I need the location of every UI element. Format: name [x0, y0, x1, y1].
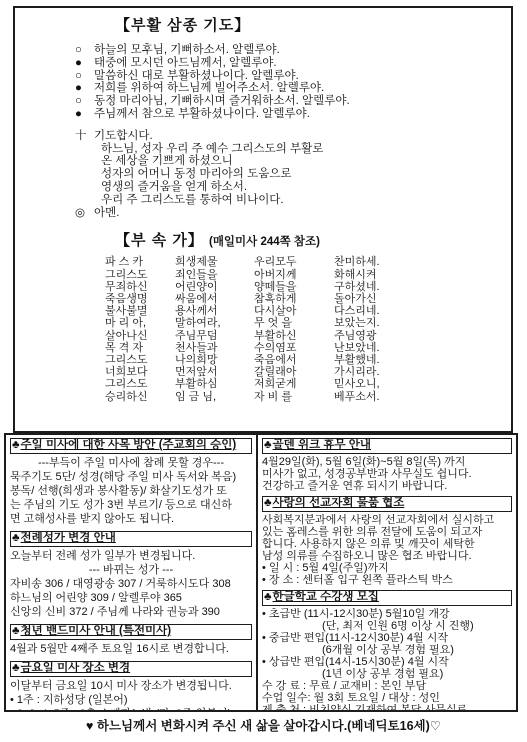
club-icon: ♣ [264, 591, 272, 604]
sequence-cell: 가시리라. [334, 366, 380, 378]
notice-box-sunday-mass-policy: ♣주일 미사에 대한 사목 방안 (주교회의 승인) ---부득이 주일 미사에… [10, 438, 252, 526]
notice-line: 봉독/ 선행(희생과 봉사활동)/ 화살기도성가 또 [10, 484, 252, 498]
notice-line: 사회복지분과에서 사랑의 선교자회에서 실시하고 [262, 514, 512, 526]
versicle-row: ●주님께서 참으로 부활하셨나이다. 알렐루야. [75, 108, 511, 121]
sequence-cell: 승리하신 [105, 391, 175, 403]
versicle-row: ○동정 마리아님, 기뻐하시며 즐거워하소서. 알렐루야. [75, 95, 511, 108]
notices-left-column: ♣주일 미사에 대한 사목 방안 (주교회의 승인) ---부득이 주일 미사에… [6, 435, 258, 710]
notice-line: 건강하고 즐거운 연휴 되시기 바랍니다. [262, 480, 512, 492]
sequence-heading: 【부 속 가】 (매일미사 244쪽 참조) [115, 233, 511, 250]
sequence-subtitle: (매일미사 244쪽 참조) [209, 236, 320, 248]
sequence-row: 파 스 카희생제물우리모두찬미하세. [105, 256, 511, 268]
versicle-row: ●저희를 위하여 하느님께 빌어주소서. 알렐루야. [75, 82, 511, 95]
cross-icon: 十 [75, 130, 94, 143]
sequence-cell: 베푸소서. [334, 391, 380, 403]
notice-line: 제 출 처 : 비치양식 기재하여 본당 사무실로 [262, 704, 512, 710]
sequence-row: 마 리 아,말하여라,무 엇 을보았는지. [105, 317, 511, 329]
notice-title: ♣한글학교 수강생 모집 [262, 590, 512, 606]
bulletin-page: 【부활 삼종 기도】 ○하늘의 모후님, 기뻐하소서. 알렐루야. ●태중에 모… [0, 0, 527, 742]
sequence-row: 승리하신임 금 님,자 비 를베푸소서. [105, 391, 511, 403]
notice-line: • 1주 : 지하성당 (일본어) [10, 693, 252, 707]
notices-section: ♣주일 미사에 대한 사목 방안 (주교회의 승인) ---부득이 주일 미사에… [4, 433, 518, 712]
notice-line: 수업 일수: 월 3회 토요일 / 대상 : 성인 [262, 692, 512, 704]
notice-title: ♣골덴 위크 휴무 안내 [262, 438, 512, 454]
sequence-cell: 무 엇 을 [254, 317, 334, 329]
oration-line: 하느님, 성자 우리 주 예수 그리스도의 부활로 [101, 143, 511, 156]
sequence-row: 그리스도나의희망죽음에서부활했네. [105, 354, 511, 366]
versicle-marker: ○ [75, 70, 94, 83]
sequence-cell: 다스리네. [334, 305, 380, 317]
sequence-cell: 살아나신 [105, 330, 175, 342]
oration-lead: 기도합시다. [94, 130, 153, 142]
notice-line: 묵주기도 5단/ 성경(해당 주일 미사 독서와 복음) [10, 470, 252, 484]
sequence-row: 살아나신주님무덤부활하신주님영광 [105, 330, 511, 342]
footer-message: ♥ 하느님께서 변화시켜 주신 새 삶을 살아갑시다.(베네딕토16세)♡ [0, 716, 527, 734]
notice-line: 신앙의 신비 372 / 주님께 나라와 권능과 390 [10, 605, 252, 619]
sequence-row: 목 격 자천사들과수의염포난보았네. [105, 342, 511, 354]
oration-line: 성자의 어머니 동정 마리아의 도움으로 [101, 168, 511, 181]
sequence-cell: 보았는지. [334, 317, 380, 329]
sequence-cell: 구하셨네. [334, 281, 380, 293]
sequence-cell: 어린양이 [175, 281, 254, 293]
versicle-marker: ○ [75, 95, 94, 108]
sequence-cell: 나의희망 [175, 354, 254, 366]
notice-line: 미사가 없고, 성경공부반과 사무실도 쉽니다. [262, 468, 512, 480]
sequence-cell: 찬미하세. [334, 256, 380, 268]
notice-title: ♣청년 밴드미사 안내 (특전미사) [10, 624, 252, 640]
versicle-marker: ● [75, 108, 94, 121]
versicle-row: ○하늘의 모후님, 기뻐하소서. 알렐루야. [75, 44, 511, 57]
sequence-cell: 죽음생명 [105, 293, 175, 305]
notice-title: ♣금요일 미사 장소 변경 [10, 661, 252, 677]
notice-line: • 상급반 편입(14시-15시30분) 4월 시작 [262, 656, 512, 668]
sequence-cell: 마 리 아, [105, 317, 175, 329]
notice-line: 합니다. 사용하지 않은 의류 및 깨끗이 세탁한 [262, 538, 512, 550]
sequence-cell: 희생제물 [175, 256, 254, 268]
sequence-cell: 우리모두 [254, 256, 334, 268]
sequence-hymn: 파 스 카희생제물우리모두찬미하세. 그리스도죄인들을아버지께화해시켜 무죄하신… [105, 256, 511, 402]
notice-title-text: 청년 밴드미사 안내 (특전미사) [21, 625, 172, 637]
club-icon: ♣ [264, 497, 272, 510]
sequence-row: 죽음생명싸움에서참혹하게돌아가신 [105, 293, 511, 305]
sequence-cell: 그리스도 [105, 269, 175, 281]
notice-line: 이달부터 금요일 10시 미사 장소가 변경됩니다. [10, 679, 252, 693]
response-marker-icon: ◎ [75, 207, 94, 220]
notice-line: • 장 소 : 센터홀 입구 왼쪽 플라스틱 박스 [262, 574, 512, 586]
notice-title-text: 주일 미사에 대한 사목 방안 (주교회의 승인) [21, 439, 237, 451]
sequence-cell: 그리스도 [105, 354, 175, 366]
sequence-cell: 난보았네. [334, 342, 380, 354]
oration-response: 아멘. [94, 207, 119, 219]
notice-line: 면 고해성사를 받지 않아도 됩니다. [10, 512, 252, 526]
sequence-cell: 그리스도 [105, 378, 175, 390]
notice-box-hymn-change: ♣전례성가 변경 안내 오늘부터 전례 성가 일부가 변경됩니다. --- 바뀌… [10, 531, 252, 619]
sequence-cell: 수의염포 [254, 342, 334, 354]
notice-line: (1년 이상 공부 경험 필요) [262, 668, 512, 680]
prayer-section: 【부활 삼종 기도】 ○하늘의 모후님, 기뻐하소서. 알렐루야. ●태중에 모… [13, 6, 513, 433]
sequence-cell: 부활했네. [334, 354, 380, 366]
sequence-title: 【부 속 가】 [115, 232, 204, 249]
sequence-cell: 갈릴래아 [254, 366, 334, 378]
notice-line: 4월과 5월만 4째주 토요일 16시로 변경합니다. [10, 642, 252, 656]
notice-title-text: 사랑의 선교자회 물품 협조 [273, 497, 405, 509]
sequence-cell: 파 스 카 [105, 256, 175, 268]
sequence-cell: 부활하심 [175, 378, 254, 390]
notice-line: • 일 시 : 5월 4일(주일)까지 [262, 562, 512, 574]
sequence-cell: 용사께서 [175, 305, 254, 317]
sequence-cell: 화해시켜 [334, 269, 377, 281]
notice-title-text: 전례성가 변경 안내 [21, 532, 116, 544]
notice-box-charity-donation: ♣사랑의 선교자회 물품 협조 사회복지분과에서 사랑의 선교자회에서 실시하고… [262, 496, 512, 586]
notice-title: ♣사랑의 선교자회 물품 협조 [262, 496, 512, 512]
sequence-cell: 주님무덤 [175, 330, 254, 342]
sequence-row: 불사불멸용사께서다시살아다스리네. [105, 305, 511, 317]
notice-line: ---부득이 주일 미사에 참례 못할 경우--- [10, 456, 252, 470]
sequence-cell: 임 금 님, [175, 391, 254, 403]
notice-line: • 초급반 (11시-12시30분) 5월10일 개강 [262, 608, 512, 620]
versicle-row: ○말씀하신 대로 부활하셨나이다. 알렐루야. [75, 70, 511, 83]
notice-line: --- 바뀌는 성가 --- [10, 563, 252, 577]
notice-title-text: 한글학교 수강생 모집 [273, 591, 379, 603]
sequence-cell: 다시살아 [254, 305, 334, 317]
versicle-text: 저희를 위하여 하느님께 빌어주소서. 알렐루야. [94, 82, 324, 94]
sequence-row: 그리스도죄인들을아버지께화해시켜 [105, 269, 511, 281]
sequence-cell: 말하여라, [175, 317, 254, 329]
versicle-text: 하늘의 모후님, 기뻐하소서. 알렐루야. [94, 44, 280, 56]
sequence-cell: 아버지께 [254, 269, 334, 281]
sequence-cell: 저희굳게 [254, 378, 334, 390]
notice-line: 4월29일(화), 5월 6일(화)~5월 8일(목) 까지 [262, 456, 512, 468]
notice-line: 있는 홈레스를 위한 의류 전달에 도움이 되고자 [262, 526, 512, 538]
club-icon: ♣ [12, 625, 20, 638]
oration-response-row: ◎아멘. [75, 207, 511, 220]
versicle-row: ●태중에 모시던 아드님께서, 알렐루야. [75, 57, 511, 70]
notice-title-text: 금요일 미사 장소 변경 [21, 662, 131, 674]
notice-box-youth-band-mass: ♣청년 밴드미사 안내 (특전미사) 4월과 5월만 4째주 토요일 16시로 … [10, 624, 252, 656]
sequence-cell: 천사들과 [175, 342, 254, 354]
sequence-cell: 먼저앞서 [175, 366, 254, 378]
notices-right-column: ♣골덴 위크 휴무 안내 4월29일(화), 5월 6일(화)~5월 8일(목)… [258, 435, 516, 710]
notice-line: 는 주님의 기도 성가 3번 부르기/ 등으로 대신하 [10, 498, 252, 512]
sequence-cell: 목 격 자 [105, 342, 175, 354]
notice-line: 수 강 료 : 무료 / 교재비 : 본인 부담 [262, 680, 512, 692]
sequence-cell: 믿사오니, [334, 378, 380, 390]
angelus-versicles: ○하늘의 모후님, 기뻐하소서. 알렐루야. ●태중에 모시던 아드님께서, 알… [75, 44, 511, 121]
sequence-cell: 싸움에서 [175, 293, 254, 305]
versicle-text: 주님께서 참으로 부활하셨나이다. 알렐루야. [94, 108, 310, 120]
notice-title: ♣주일 미사에 대한 사목 방안 (주교회의 승인) [10, 438, 252, 454]
sequence-cell: 죽음에서 [254, 354, 334, 366]
club-icon: ♣ [12, 532, 20, 545]
notice-line: 자비송 306 / 대영광송 307 / 거룩하시도다 308 [10, 577, 252, 591]
notice-line: (단, 최저 인원 6명 이상 시 진행) [262, 620, 512, 632]
angelus-title: 【부활 삼종 기도】 [115, 18, 511, 34]
sequence-cell: 무죄하신 [105, 281, 175, 293]
versicle-text: 말씀하신 대로 부활하셨나이다. 알렐루야. [94, 70, 299, 82]
notice-line: • 중급반 편입(11시-12시30분) 4월 시작 [262, 632, 512, 644]
sequence-cell: 돌아가신 [334, 293, 377, 305]
notice-box-friday-mass-location: ♣금요일 미사 장소 변경 이달부터 금요일 10시 미사 장소가 변경됩니다.… [10, 661, 252, 710]
versicle-marker: ● [75, 57, 94, 70]
club-icon: ♣ [12, 439, 20, 452]
notice-line: • 2, 3, 4, 5주 : 2층 스테파노방 (단, 3주 일본어) [10, 707, 252, 710]
oration-line: 영생의 즐거움을 얻게 하소서. [101, 181, 511, 194]
oration-line: 우리 주 그리스도를 통하여 비나이다. [101, 194, 511, 207]
oration-line: 온 세상을 기쁘게 하셨으니 [101, 155, 511, 168]
notice-line: (6개월 이상 공부 경험 필요) [262, 644, 512, 656]
sequence-row: 너희보다먼저앞서갈릴래아가시리라. [105, 366, 511, 378]
club-icon: ♣ [12, 662, 20, 675]
sequence-cell: 참혹하게 [254, 293, 334, 305]
sequence-row: 무죄하신어린양이양떼들을구하셨네. [105, 281, 511, 293]
versicle-marker: ● [75, 82, 94, 95]
sequence-cell: 너희보다 [105, 366, 175, 378]
versicle-marker: ○ [75, 44, 94, 57]
notice-box-golden-week: ♣골덴 위크 휴무 안내 4월29일(화), 5월 6일(화)~5월 8일(목)… [262, 438, 512, 492]
notice-line: 남성 의류를 수집하오니 많은 협조 바랍니다. [262, 550, 512, 562]
sequence-cell: 자 비 를 [254, 391, 334, 403]
sequence-cell: 양떼들을 [254, 281, 334, 293]
sequence-cell: 부활하신 [254, 330, 334, 342]
notice-line: 하느님의 어린양 309 / 알렐루야 365 [10, 591, 252, 605]
versicle-text: 태중에 모시던 아드님께서, 알렐루야. [94, 57, 277, 69]
sequence-cell: 주님영광 [334, 330, 377, 342]
versicle-text: 동정 마리아님, 기뻐하시며 즐거워하소서. 알렐루야. [94, 95, 350, 107]
oration-lead-row: 十기도합시다. [75, 130, 511, 143]
notice-title: ♣전례성가 변경 안내 [10, 531, 252, 547]
angelus-oration: 十기도합시다. 하느님, 성자 우리 주 예수 그리스도의 부활로 온 세상을 … [75, 130, 511, 220]
sequence-row: 그리스도부활하심저희굳게믿사오니, [105, 378, 511, 390]
club-icon: ♣ [264, 439, 272, 452]
notice-line: 오늘부터 전례 성가 일부가 변경됩니다. [10, 549, 252, 563]
sequence-cell: 불사불멸 [105, 305, 175, 317]
sequence-cell: 죄인들을 [175, 269, 254, 281]
notice-title-text: 골덴 위크 휴무 안내 [273, 439, 371, 451]
notice-box-korean-school: ♣한글학교 수강생 모집 • 초급반 (11시-12시30분) 5월10일 개강… [262, 590, 512, 710]
